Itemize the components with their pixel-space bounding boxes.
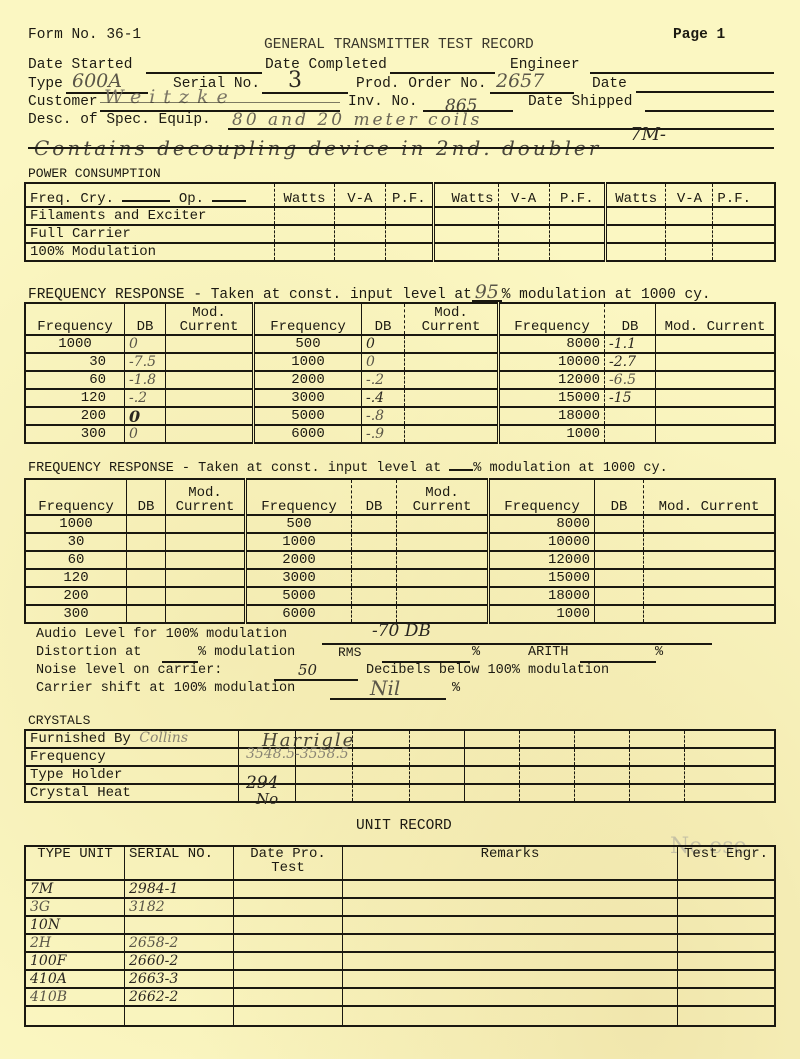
table-row: 3G3182 — [25, 898, 775, 916]
table-row: 410A2663-3 — [25, 970, 775, 988]
unit-record-title: UNIT RECORD — [356, 818, 452, 834]
date-shipped-field[interactable] — [645, 110, 774, 112]
freq-response-2-mod-percent[interactable] — [449, 469, 473, 471]
audio-level-value[interactable]: -70 DB — [372, 621, 431, 641]
crystals-title: CRYSTALS — [28, 713, 90, 728]
hdr-serial-no: SERIAL NO. — [125, 846, 234, 880]
date-started-field[interactable] — [146, 72, 262, 74]
desc-note: 7M- — [630, 124, 666, 145]
col-pf-3: P.F. — [713, 183, 775, 207]
carrier-shift-unit: % — [452, 681, 460, 696]
power-row: Filaments and Exciter — [25, 207, 775, 225]
crystal-furnished-col1[interactable]: Harrigle — [262, 730, 355, 751]
col-watts-1: Watts — [275, 183, 334, 207]
crystal-heat-value[interactable]: No — [256, 790, 278, 808]
hdr-frequency: Frequency — [246, 479, 352, 515]
table-row: 2H2658-2 — [25, 934, 775, 952]
table-row: 30-7.51000010000-2.7 — [25, 353, 775, 371]
table-row: 120300015000 — [25, 569, 775, 587]
col-watts-2: Watts — [433, 183, 498, 207]
table-row: 10005008000 — [25, 515, 775, 533]
power-consumption-table: Freq. Cry. Op. Watts V-A P.F. Watts V-A … — [24, 182, 776, 262]
freq-response-2-table: Frequency DB Mod. Current Frequency DB M… — [24, 478, 776, 624]
hdr-db: DB — [595, 479, 644, 515]
table-row: 60-1.82000-.212000-6.5 — [25, 371, 775, 389]
hdr-mod-current: Mod. Current — [397, 479, 489, 515]
prod-order-value[interactable]: 2657 — [496, 70, 544, 92]
table-row: 7M2984-1 — [25, 880, 775, 898]
date-label: Date — [592, 76, 627, 92]
form-number: Form No. 36-1 — [28, 27, 141, 43]
type-label: Type — [28, 76, 63, 92]
hdr-mod-current: Mod. Current — [405, 303, 499, 335]
table-row: 10N — [25, 916, 775, 934]
carrier-shift-value[interactable]: Nil — [370, 676, 400, 700]
hdr-remarks: Remarks — [343, 846, 678, 880]
page-number: Page 1 — [673, 27, 725, 43]
date-shipped-label: Date Shipped — [528, 94, 632, 110]
prod-order-label: Prod. Order No. — [356, 76, 487, 92]
power-consumption-title: POWER CONSUMPTION — [28, 166, 161, 181]
rms-label: RMS — [338, 645, 361, 660]
table-row: 200500018000 — [25, 587, 775, 605]
freq-cry-field[interactable] — [122, 200, 170, 202]
desc-label: Desc. of Spec. Equip. — [28, 112, 211, 128]
row-label-crystal-heat: Crystal Heat — [30, 785, 131, 801]
serial-value[interactable]: 3 — [288, 68, 302, 93]
table-row: 20005000-.818000 — [25, 407, 775, 425]
freq-response-2-title: FREQUENCY RESPONSE - Taken at const. inp… — [28, 461, 668, 476]
hdr-frequency: Frequency — [254, 303, 362, 335]
hdr-frequency: Frequency — [25, 479, 127, 515]
customer-label: Customer — [28, 94, 98, 110]
hdr-frequency: Frequency — [25, 303, 125, 335]
col-watts-3: Watts — [605, 183, 666, 207]
hdr-mod-current: Mod. Current — [644, 479, 776, 515]
col-pf-2: P.F. — [549, 183, 605, 207]
carrier-shift-label: Carrier shift at 100% modulation — [36, 681, 295, 696]
op-label: Op. — [179, 191, 204, 207]
noise-suffix: Decibels below 100% modulation — [366, 663, 609, 678]
date-completed-label: Date Completed — [265, 57, 387, 73]
table-row: 410B2662-2 — [25, 988, 775, 1006]
hdr-db: DB — [362, 303, 405, 335]
table-row: 1000050008000-1.1 — [25, 335, 775, 353]
crystals-table: Furnished By Collins Frequency Type Hold… — [24, 729, 776, 803]
col-va-1: V-A — [334, 183, 385, 207]
audio-level-label: Audio Level for 100% modulation — [36, 627, 287, 642]
distortion-mod-label: % modulation — [198, 645, 295, 660]
table-row: 30100010000 — [25, 533, 775, 551]
furnished-by-value[interactable]: Collins — [139, 730, 188, 746]
power-row: 100% Modulation — [25, 243, 775, 261]
arith-label: ARITH — [528, 645, 569, 660]
hdr-mod-current: Mod. Current — [166, 303, 254, 335]
freq-cry-label: Freq. Cry. — [30, 191, 114, 207]
col-va-2: V-A — [498, 183, 549, 207]
hdr-db: DB — [127, 479, 166, 515]
row-label-100-modulation: 100% Modulation — [25, 243, 275, 261]
hdr-type-unit: TYPE UNIT — [25, 846, 125, 880]
table-row: 100F2660-2 — [25, 952, 775, 970]
row-label-filaments: Filaments and Exciter — [25, 207, 275, 225]
inv-no-label: Inv. No. — [348, 94, 418, 110]
distortion-label: Distortion at — [36, 645, 141, 660]
hdr-test-engr: Test Engr. — [678, 846, 776, 880]
hdr-db: DB — [125, 303, 166, 335]
desc-value[interactable]: 80 and 20 meter coils — [232, 110, 482, 130]
customer-value[interactable]: Weitzke — [104, 86, 236, 108]
hdr-db: DB — [605, 303, 656, 335]
engineer-field[interactable] — [590, 72, 774, 74]
hdr-date-pro-test: Date Pro. Test — [234, 846, 343, 880]
date-completed-field[interactable] — [390, 72, 495, 74]
table-row — [25, 1006, 775, 1026]
row-label-furnished-by: Furnished By — [30, 731, 131, 747]
row-label-full-carrier: Full Carrier — [25, 225, 275, 243]
table-row: 60200012000 — [25, 551, 775, 569]
hdr-frequency: Frequency — [489, 479, 595, 515]
col-pf-1: P.F. — [385, 183, 433, 207]
hdr-frequency: Frequency — [499, 303, 605, 335]
form-title: GENERAL TRANSMITTER TEST RECORD — [264, 37, 534, 53]
op-field[interactable] — [212, 200, 246, 202]
noise-label: Noise level on carrier: — [36, 663, 222, 678]
table-row: 30006000-.91000 — [25, 425, 775, 443]
rms-unit: % — [472, 645, 480, 660]
freq-response-1-table: Frequency DB Mod. Current Frequency DB M… — [24, 302, 776, 444]
table-row: 120-.23000-.415000-15 — [25, 389, 775, 407]
col-va-3: V-A — [666, 183, 713, 207]
row-label-type-holder: Type Holder — [30, 767, 122, 783]
hdr-mod-current: Mod. Current — [656, 303, 776, 335]
noise-value[interactable]: 50 — [298, 661, 317, 679]
freq-response-1-mod-percent[interactable]: 95 — [472, 284, 502, 302]
hdr-db: DB — [352, 479, 397, 515]
arith-unit: % — [655, 645, 663, 660]
unit-record-table: TYPE UNIT SERIAL NO. Date Pro. Test Rema… — [24, 845, 776, 1027]
date-field[interactable] — [636, 91, 774, 93]
hdr-mod-current: Mod. Current — [166, 479, 246, 515]
freq-response-1-title: FREQUENCY RESPONSE - Taken at const. inp… — [28, 284, 711, 303]
row-label-frequency: Frequency — [30, 749, 106, 765]
power-row: Full Carrier — [25, 225, 775, 243]
